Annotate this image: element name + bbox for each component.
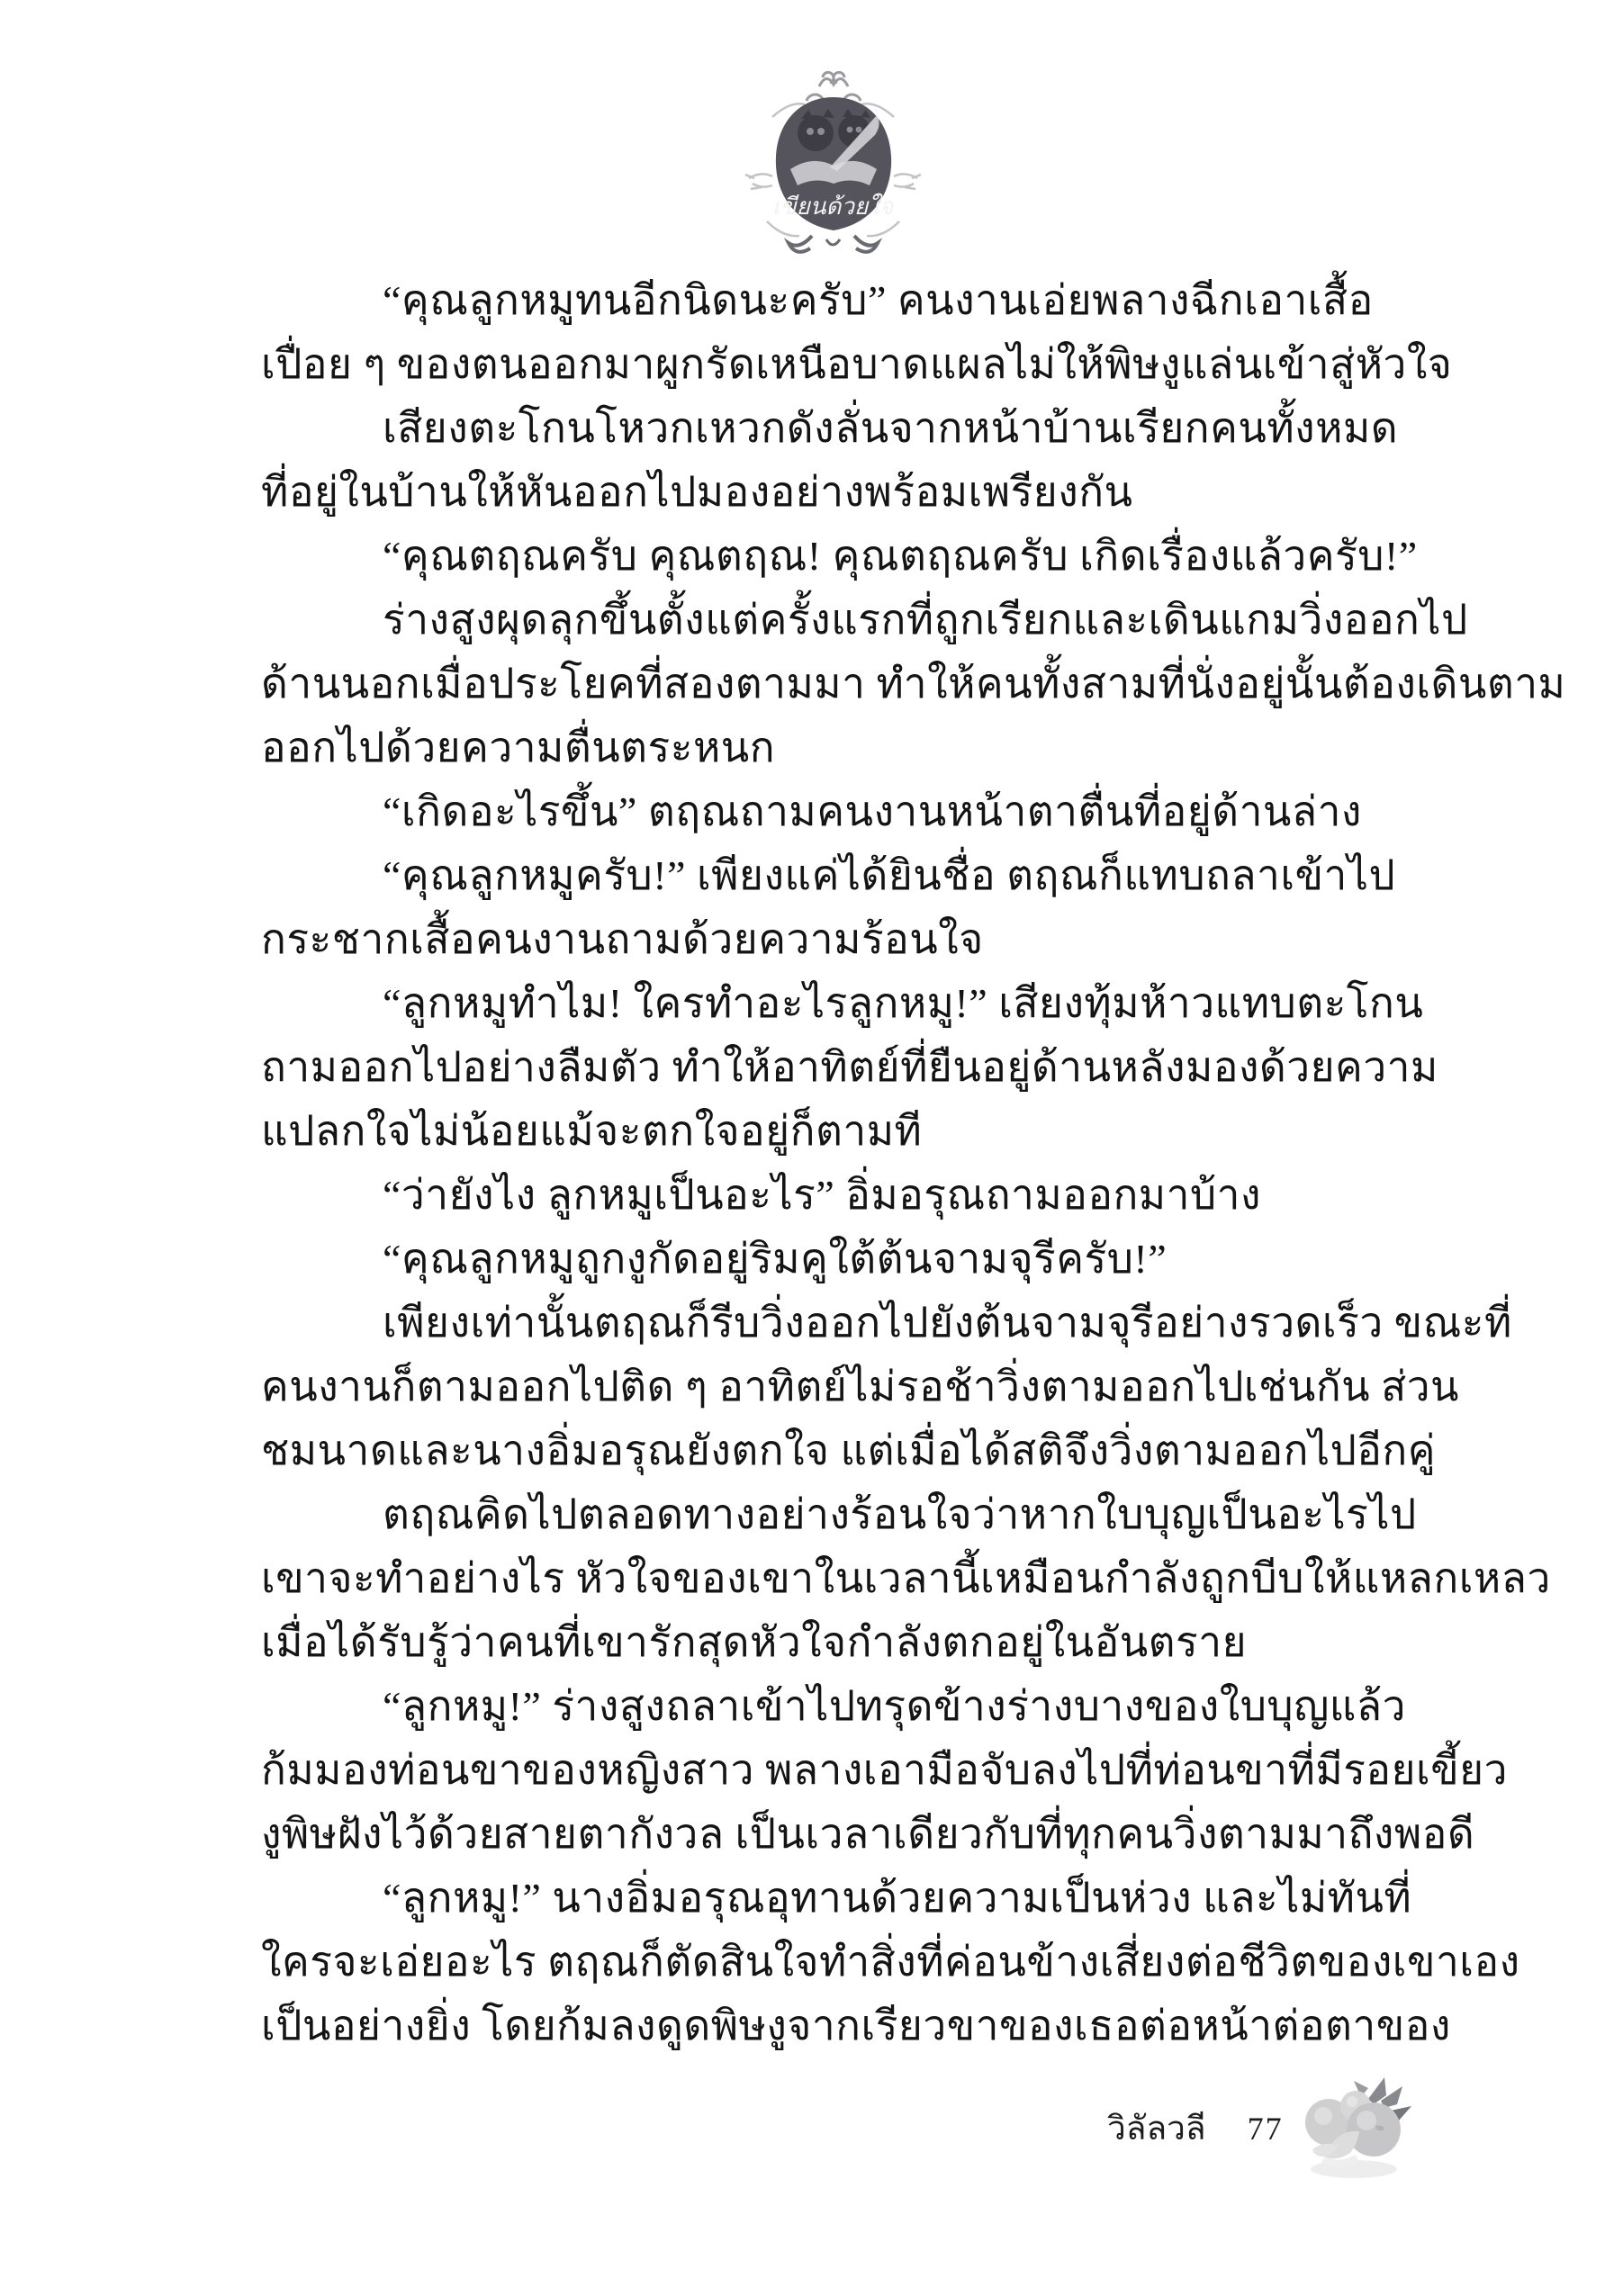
body-text-line: ด้านนอกเมื่อประโยคที่สองตามมา ทำให้คนทั้…: [261, 652, 1411, 716]
body-text-line: งูพิษฝังไว้ด้วยสายตากังวล เป็นเวลาเดียวก…: [261, 1802, 1411, 1866]
body-text-line: “ว่ายังไง ลูกหมูเป็นอะไร” อิ่มอรุณถามออก…: [261, 1163, 1411, 1227]
emblem-script-text: เขียนด้วยใจ: [772, 193, 895, 220]
body-text-line: ถามออกไปอย่างลืมตัว ทำให้อาทิตย์ที่ยืนอย…: [261, 1035, 1411, 1099]
text-block: “คุณลูกหมูทนอีกนิดนะครับ” คนงานเอ่ยพลางฉ…: [261, 268, 1411, 2057]
body-text-line: เป็นอย่างยิ่ง โดยก้มลงดูดพิษงูจากเรียวขา…: [261, 1994, 1411, 2057]
fruit-icon: [1298, 2074, 1417, 2183]
body-text-line: เมื่อได้รับรู้ว่าคนที่เขารักสุดหัวใจกำลั…: [261, 1610, 1411, 1674]
running-title: วิลัลวลี: [1107, 2103, 1206, 2156]
body-text-line: ร่างสูงผุดลุกขึ้นตั้งแต่ครั้งแรกที่ถูกเร…: [261, 588, 1411, 652]
fruit-illustration: [1298, 2074, 1417, 2183]
body-text-line: แปลกใจไม่น้อยแม้จะตกใจอยู่ก็ตามที: [261, 1099, 1411, 1163]
body-text-line: “ลูกหมู!” นางอิ่มอรุณอุทานด้วยความเป็นห่…: [261, 1866, 1411, 1930]
body-text-line: คนงานก็ตามออกไปติด ๆ อาทิตย์ไม่รอช้าวิ่ง…: [261, 1355, 1411, 1418]
publisher-emblem: เขียนด้วยใจ: [736, 63, 930, 261]
body-text-line: เสียงตะโกนโหวกเหวกดังลั่นจากหน้าบ้านเรีย…: [261, 396, 1411, 460]
body-text-line: เขาจะทำอย่างไร หัวใจของเขาในเวลานี้เหมือ…: [261, 1546, 1411, 1610]
body-text-line: “คุณลูกหมูถูกงูกัดอยู่ริมคูใต้ต้นจามจุรี…: [261, 1227, 1411, 1291]
body-text-line: ตฤณคิดไปตลอดทางอย่างร้อนใจว่าหากใบบุญเป็…: [261, 1482, 1411, 1546]
body-text-line: ก้มมองท่อนขาของหญิงสาว พลางเอามือจับลงไป…: [261, 1738, 1411, 1802]
book-page: เขียนด้วยใจ “คุณลูกหมูทนอีกนิดนะครับ” คน…: [0, 0, 1605, 2296]
body-text-line: “เกิดอะไรขึ้น” ตฤณถามคนงานหน้าตาตื่นที่อ…: [261, 779, 1411, 843]
page-number: 77: [1248, 2102, 1284, 2155]
publisher-emblem-graphic: เขียนด้วยใจ: [736, 63, 930, 261]
body-text-line: ชมนาดและนางอิ่มอรุณยังตกใจ แต่เมื่อได้สต…: [261, 1418, 1411, 1482]
body-text-line: ที่อยู่ในบ้านให้หันออกไปมองอย่างพร้อมเพร…: [261, 460, 1411, 524]
body-text-line: ใครจะเอ่ยอะไร ตฤณก็ตัดสินใจทำสิ่งที่ค่อน…: [261, 1930, 1411, 1994]
page-footer: วิลัลวลี 77: [1107, 2102, 1284, 2156]
body-text-line: “คุณลูกหมูทนอีกนิดนะครับ” คนงานเอ่ยพลางฉ…: [261, 268, 1411, 332]
body-text-line: กระชากเสื้อคนงานถามด้วยความร้อนใจ: [261, 907, 1411, 971]
body-text-line: เปื่อย ๆ ของตนออกมาผูกรัดเหนือบาดแผลไม่ใ…: [261, 332, 1411, 396]
body-text-line: ออกไปด้วยความตื่นตระหนก: [261, 716, 1411, 779]
body-text-line: เพียงเท่านั้นตฤณก็รีบวิ่งออกไปยังต้นจามจ…: [261, 1291, 1411, 1355]
body-text-line: “คุณตฤณครับ คุณตฤณ! คุณตฤณครับ เกิดเรื่อ…: [261, 524, 1411, 588]
body-text-line: “คุณลูกหมูครับ!” เพียงแค่ได้ยินชื่อ ตฤณก…: [261, 843, 1411, 907]
body-text-line: “ลูกหมู!” ร่างสูงถลาเข้าไปทรุดข้างร่างบา…: [261, 1674, 1411, 1738]
body-text-line: “ลูกหมูทำไม! ใครทำอะไรลูกหมู!” เสียงทุ้ม…: [261, 971, 1411, 1035]
